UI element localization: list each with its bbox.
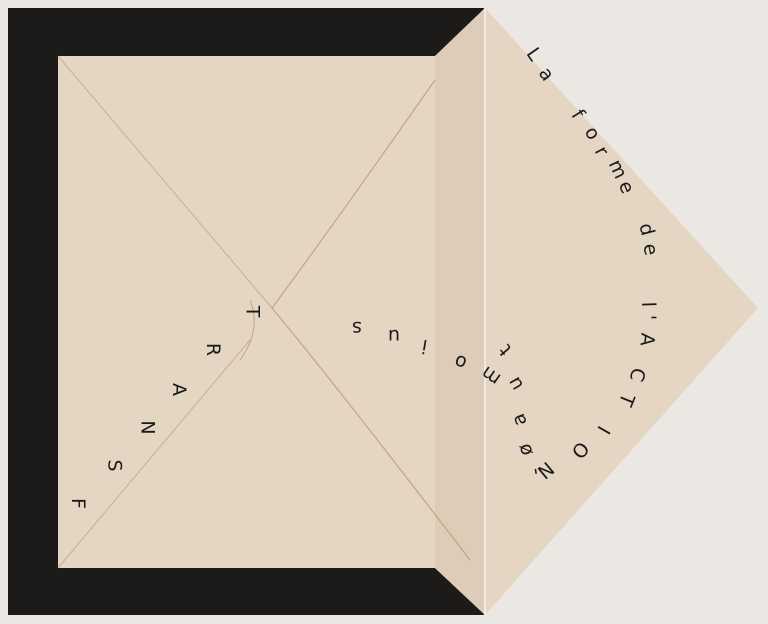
envelope-body (58, 8, 758, 615)
left-letter: F (68, 498, 87, 509)
left-letter: T (242, 306, 261, 318)
left-letter: S (105, 459, 124, 471)
arc-letter: ' (639, 315, 658, 320)
arc-letter: A (636, 332, 656, 347)
inner-letter: u (388, 326, 400, 345)
left-letter: N (138, 420, 157, 434)
envelope-artwork (0, 0, 768, 624)
arc-letter: l (638, 302, 657, 308)
left-letter: A (169, 383, 188, 396)
left-letter: R (203, 343, 222, 356)
inner-letter: s (352, 318, 362, 337)
